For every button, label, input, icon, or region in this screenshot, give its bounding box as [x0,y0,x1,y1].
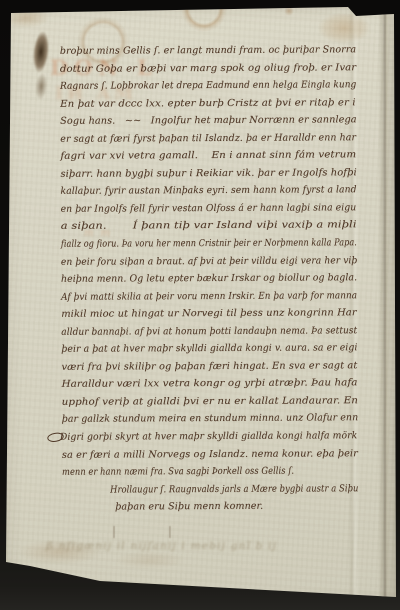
manuscript-text-line: Sogu hans. ∼∼ Ingolfur het maþur Norrænn… [60,111,357,130]
manuscript-text-line: en þeir foru siþan a braut. af þvi at þe… [61,252,358,271]
manuscript-text-line: En þat var dccc lxx. epter burþ Cristz a… [60,94,356,113]
manuscript-text-line: Haralldur væri lxx vetra kongr og yrþi a… [62,375,358,394]
photo-background: DON L IИ AM m m broþur mins Gellis ſ. er… [0,0,400,610]
show-through-strokes: | | [112,524,196,538]
manuscript-text-line: a siþan. Í þann tiþ var Island viþi vaxi… [61,217,357,236]
manuscript-text-line: væri fra þvi skiliþr og þaþan færi hinga… [61,357,357,376]
manuscript-text-line: Hrollaugur ſ. Raugnvalds jarls a Mære by… [110,480,358,499]
manuscript-text-line: fiallz og fioru. Þa voru her menn Cristn… [61,234,357,253]
manuscript-text-line: Af þvi matti skilia at þeir voru menn Ir… [61,287,357,306]
manuscript-text-line: sa er færi a milli Norvegs og Islandz. n… [62,445,358,464]
manuscript-text-line: þeir a þat at hver maþr skylldi giallda … [61,340,357,359]
manuscript-text-line: kallaþur. fyrir austan Minþaks eyri. sem… [60,182,356,201]
manuscript-text-line: menn er hann næmi fra. Sva sagþi Þorkell… [62,463,294,482]
manuscript-text-line: þaþan eru Siþu menn komner. [115,498,263,516]
manuscript-text-line: broþur mins Gellis ſ. er langt mundi fra… [60,41,356,60]
manuscript-text-line: fagri var xvi vetra gamall. En i annat s… [60,147,356,166]
manuscript-text-line: heiþna menn. Og letu epter bækur Irskar … [61,269,357,288]
manuscript-text-line: Ragnars ſ. Loþbrokar let drepa Eadmund e… [60,76,356,95]
corner-damage-stain [22,26,60,107]
manuscript-text-line: upphof veriþ at gialldi þvi er nu er kal… [62,392,358,411]
manuscript-text-line: en þar Ingolfs fell fyrir vestan Olfoss … [61,199,357,218]
text-block: broþur mins Gellis ſ. er langt mundi fra… [60,41,362,516]
initial-swash [47,431,65,442]
manuscript-text-line: siþarr. hann bygþi suþur i Reikiar vik. … [60,164,356,183]
manuscript-text-line: mikil mioc ut hingat ur Norvegi til þess… [61,304,357,323]
manuscript-text-line: þar gallzk stundum meira en stundum minn… [62,410,359,429]
manuscript-page: DON L IИ AM m m broþur mins Gellis ſ. er… [0,0,400,610]
manuscript-text-line: er sagt at færi fyrst þaþan til Islandz.… [60,129,356,148]
faded-bottom-inscription: ß nſigænij il nijſanij i mebij gnĩ b ij [46,540,277,552]
manuscript-text-line: Digri gorþi skyrt at hver maþr skylldi g… [62,427,358,446]
manuscript-text-line: dottur Goþa er bæþi var marg spok og oli… [60,59,356,78]
manuscript-text-line: alldur bannaþi. af þvi at honum þotti la… [61,322,357,341]
